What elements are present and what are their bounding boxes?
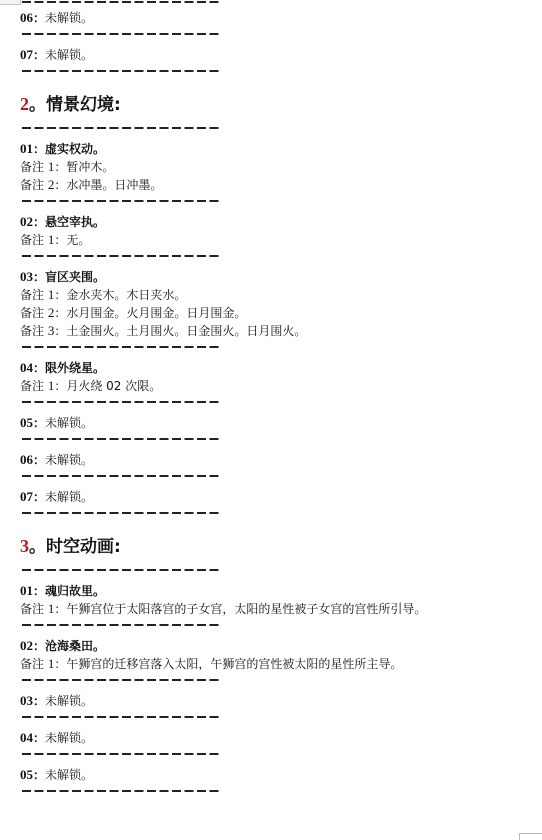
note-line: 备注 1：无。 <box>20 231 530 249</box>
note-number: 1 <box>48 656 55 671</box>
item-title: 未解锁。 <box>45 11 93 25</box>
item-colon: ： <box>33 453 45 467</box>
separator <box>20 506 530 525</box>
item-number: 01 <box>20 583 33 598</box>
item-colon: ： <box>33 639 45 653</box>
note-line: 备注 2：水月围金。火月围金。日月围金。 <box>20 304 530 322</box>
separator <box>20 395 530 414</box>
item-title: 未解锁。 <box>45 416 93 430</box>
note-label: 备注 <box>20 178 44 192</box>
item-04: 04：未解锁。 <box>20 729 530 747</box>
item-number: 05 <box>20 415 33 430</box>
note-number: 2 <box>48 177 55 192</box>
item-colon: ： <box>33 694 45 708</box>
item-title: 沧海桑田。 <box>45 639 105 653</box>
item-01: 01：魂归故里。 <box>20 582 530 600</box>
item-title: 未解锁。 <box>45 768 93 782</box>
separator <box>20 27 530 46</box>
note-text: 月火绕 02 次限。 <box>66 379 161 393</box>
note-line: 备注 1：午狮宫的迁移宫落入太阳，午狮宫的宫性被太阳的星性所主导。 <box>20 655 530 673</box>
note-text: 暂冲木。 <box>66 160 114 174</box>
note-number: 3 <box>48 323 55 338</box>
item-colon: ： <box>33 416 45 430</box>
note-text: 无。 <box>66 233 90 247</box>
item-02: 02：悬空宰执。 <box>20 213 530 231</box>
item-colon: ： <box>33 731 45 745</box>
note-label: 备注 <box>20 657 44 671</box>
item-title: 未解锁。 <box>45 731 93 745</box>
section-heading-3: 3。时空动画: <box>20 525 530 563</box>
item-title: 盲区夹围。 <box>45 270 105 284</box>
note-line: 备注 1：午狮宫位于太阳落宫的子女宫，太阳的星性被子女宫的宫性所引导。 <box>20 600 530 618</box>
note-number: 1 <box>48 159 55 174</box>
section-number: 3 <box>20 536 29 556</box>
section-title: 情景幻境: <box>46 95 121 115</box>
item-02: 02：沧海桑田。 <box>20 637 530 655</box>
item-title: 虚实权动。 <box>45 142 105 156</box>
item-05: 05：未解锁。 <box>20 766 530 784</box>
item-05: 05：未解锁。 <box>20 414 530 432</box>
item-title: 未解锁。 <box>45 694 93 708</box>
separator <box>20 710 530 729</box>
item-06: 06：未解锁。 <box>20 451 530 469</box>
section-heading-2: 2。情景幻境: <box>20 83 530 121</box>
item-number: 01 <box>20 141 33 156</box>
note-label: 备注 <box>20 602 44 616</box>
item-04: 04：限外绕星。 <box>20 359 530 377</box>
note-number: 1 <box>48 601 55 616</box>
item-title: 未解锁。 <box>45 48 93 62</box>
separator <box>20 784 530 803</box>
separator <box>20 194 530 213</box>
item-number: 05 <box>20 767 33 782</box>
item-number: 04 <box>20 730 33 745</box>
item-03: 03：未解锁。 <box>20 692 530 710</box>
item-number: 06 <box>20 10 33 25</box>
item-07: 07：未解锁。 <box>20 488 530 506</box>
item-colon: ： <box>33 584 45 598</box>
item-number: 02 <box>20 214 33 229</box>
note-label: 备注 <box>20 324 44 338</box>
item-06: 06：未解锁。 <box>20 9 530 27</box>
note-label: 备注 <box>20 160 44 174</box>
note-label: 备注 <box>20 379 44 393</box>
item-07: 07：未解锁。 <box>20 46 530 64</box>
note-label: 备注 <box>20 288 44 302</box>
item-number: 03 <box>20 693 33 708</box>
separator <box>20 121 530 140</box>
note-text: 午狮宫的迁移宫落入太阳，午狮宫的宫性被太阳的星性所主导。 <box>66 657 402 671</box>
item-number: 02 <box>20 638 33 653</box>
section-number: 2 <box>20 94 29 114</box>
note-line: 备注 1：月火绕 02 次限。 <box>20 377 530 395</box>
document-page: 06：未解锁。 07：未解锁。 2。情景幻境: 01：虚实权动。 备注 1：暂冲… <box>20 0 530 803</box>
note-text: 金水夹木。木日夹水。 <box>66 288 186 302</box>
separator <box>20 469 530 488</box>
item-colon: ： <box>33 270 45 284</box>
item-title: 未解锁。 <box>45 453 93 467</box>
separator <box>20 673 530 692</box>
separator <box>20 64 530 83</box>
item-colon: ： <box>33 48 45 62</box>
item-number: 07 <box>20 489 33 504</box>
item-colon: ： <box>33 142 45 156</box>
note-number: 1 <box>48 287 55 302</box>
item-03: 03：盲区夹围。 <box>20 268 530 286</box>
item-colon: ： <box>33 361 45 375</box>
section-title: 时空动画: <box>46 537 121 557</box>
note-line: 备注 2：水冲墨。日冲墨。 <box>20 176 530 194</box>
separator <box>20 0 530 5</box>
note-text: 土金围火。土月围火。日金围火。日月围火。 <box>66 324 306 338</box>
note-label: 备注 <box>20 233 44 247</box>
note-line: 备注 3：土金围火。土月围火。日金围火。日月围火。 <box>20 322 530 340</box>
item-colon: ： <box>33 11 45 25</box>
item-title: 魂归故里。 <box>45 584 105 598</box>
note-text: 水月围金。火月围金。日月围金。 <box>66 306 246 320</box>
item-title: 未解锁。 <box>45 490 93 504</box>
item-number: 03 <box>20 269 33 284</box>
window-corner-bottom-right <box>519 833 542 840</box>
note-line: 备注 1：金水夹木。木日夹水。 <box>20 286 530 304</box>
separator <box>20 747 530 766</box>
item-colon: ： <box>33 215 45 229</box>
separator <box>20 432 530 451</box>
item-title: 悬空宰执。 <box>45 215 105 229</box>
note-text: 水冲墨。日冲墨。 <box>66 178 162 192</box>
note-number: 1 <box>48 378 55 393</box>
section-separator: 。 <box>29 95 46 115</box>
note-text: 午狮宫位于太阳落宫的子女宫，太阳的星性被子女宫的宫性所引导。 <box>66 602 426 616</box>
item-colon: ： <box>33 768 45 782</box>
separator <box>20 563 530 582</box>
section-separator: 。 <box>29 537 46 557</box>
window-corner-top-left <box>0 0 21 5</box>
note-number: 1 <box>48 232 55 247</box>
item-01: 01：虚实权动。 <box>20 140 530 158</box>
separator <box>20 340 530 359</box>
note-label: 备注 <box>20 306 44 320</box>
item-number: 07 <box>20 47 33 62</box>
item-number: 06 <box>20 452 33 467</box>
separator <box>20 618 530 637</box>
note-line: 备注 1：暂冲木。 <box>20 158 530 176</box>
separator <box>20 249 530 268</box>
item-title: 限外绕星。 <box>45 361 105 375</box>
item-number: 04 <box>20 360 33 375</box>
item-colon: ： <box>33 490 45 504</box>
note-number: 2 <box>48 305 55 320</box>
